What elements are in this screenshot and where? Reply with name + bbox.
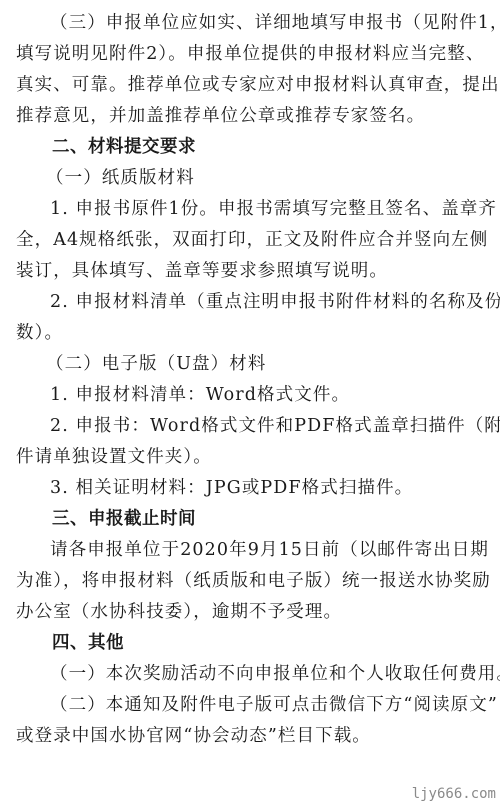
paragraph-line: 推荐意见，并加盖推荐单位公章或推荐专家签名。 xyxy=(16,101,488,132)
paragraph-line: 1. 申报书原件1份。申报书需填写完整且签名、盖章齐 xyxy=(16,194,488,225)
paragraph-line: （一）本次奖励活动不向申报单位和个人收取任何费用。 xyxy=(16,659,488,690)
document-body: （三）申报单位应如实、详细地填写申报书（见附件1， 填写说明见附件2）。申报单位… xyxy=(16,8,488,752)
paragraph-line: 装订，具体填写、盖章等要求参照填写说明。 xyxy=(16,256,488,287)
paragraph-line: 2. 申报书：Word格式文件和PDF格式盖章扫描件（附 xyxy=(16,411,488,442)
subsection-heading: （一）纸质版材料 xyxy=(16,163,488,194)
section-heading: 三、申报截止时间 xyxy=(16,504,488,535)
section-heading: 四、其他 xyxy=(16,628,488,659)
watermark: ljy666.com xyxy=(412,786,496,802)
section-heading: 二、材料提交要求 xyxy=(16,132,488,163)
paragraph-line: 办公室（水协科技委），逾期不予受理。 xyxy=(16,597,488,628)
paragraph-line: （三）申报单位应如实、详细地填写申报书（见附件1， xyxy=(16,8,488,39)
paragraph-line: 或登录中国水协官网“协会动态”栏目下载。 xyxy=(16,721,488,752)
paragraph-line: （二）本通知及附件电子版可点击微信下方“阅读原文” xyxy=(16,690,488,721)
paragraph-line: 件请单独设置文件夹）。 xyxy=(16,442,488,473)
paragraph-line: 请各申报单位于2020年9月15日前（以邮件寄出日期 xyxy=(16,535,488,566)
paragraph-line: 填写说明见附件2）。申报单位提供的申报材料应当完整、 xyxy=(16,39,488,70)
paragraph-line: 3. 相关证明材料：JPG或PDF格式扫描件。 xyxy=(16,473,488,504)
paragraph-line: 2. 申报材料清单（重点注明申报书附件材料的名称及份 xyxy=(16,287,488,318)
paragraph-line: 为准），将申报材料（纸质版和电子版）统一报送水协奖励 xyxy=(16,566,488,597)
paragraph-line: 数）。 xyxy=(16,318,488,349)
paragraph-line: 全，A4规格纸张，双面打印，正文及附件应合并竖向左侧 xyxy=(16,225,488,256)
subsection-heading: （二）电子版（U盘）材料 xyxy=(16,349,488,380)
paragraph-line: 1. 申报材料清单：Word格式文件。 xyxy=(16,380,488,411)
paragraph-line: 真实、可靠。推荐单位或专家应对申报材料认真审查，提出 xyxy=(16,70,488,101)
